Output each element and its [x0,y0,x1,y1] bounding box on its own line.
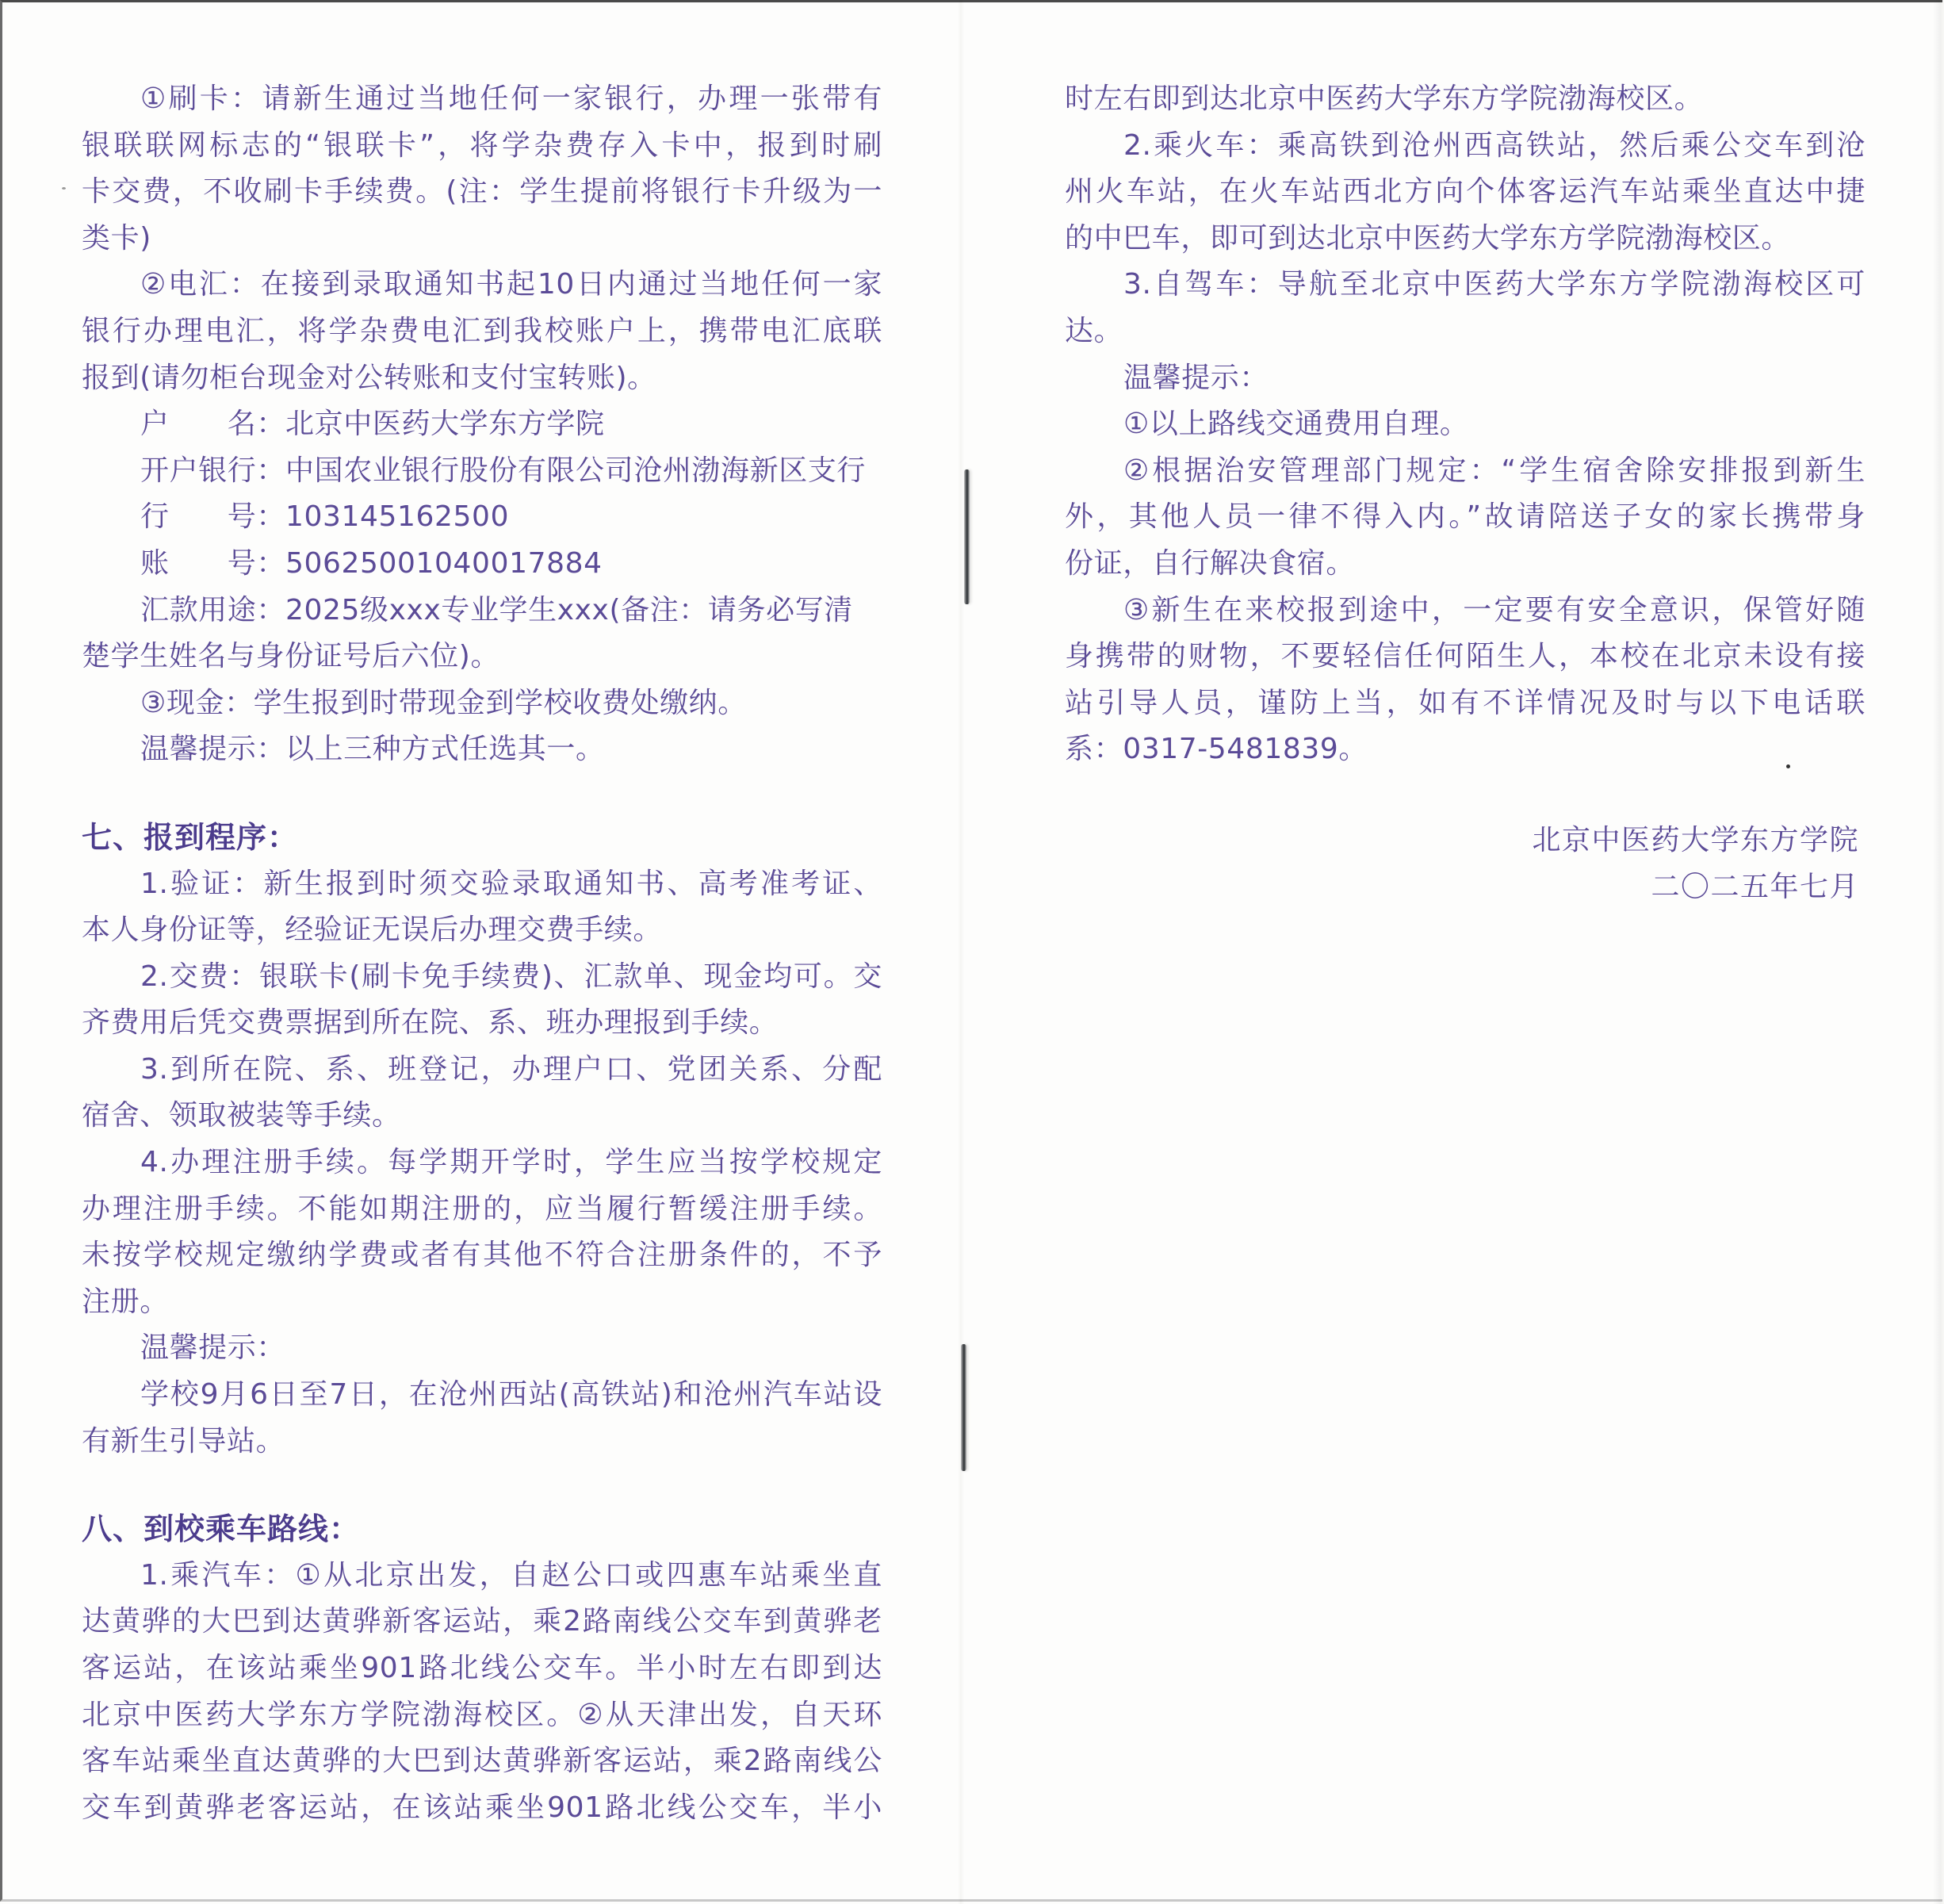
contact-phone-line: 系：0317-5481839。 [1065,726,1866,773]
text-line: 未按学校规定缴纳学费或者有其他不符合注册条件的，不予 [82,1232,882,1279]
bank-label: 开户银行： [140,448,285,495]
text-line: 银联联网标志的“银联卡”，将学杂费存入卡中，报到时刷 [82,123,882,170]
text-line: 交车到黄骅老客运站，在该站乘坐901路北线公交车，半小 [82,1785,882,1832]
center-fold [958,0,964,1904]
text-line: 3.到所在院、系、班登记，办理户口、党团关系、分配 [82,1047,882,1094]
signature-block: 北京中医药大学东方学院 二〇二五年七月 [1532,818,1859,910]
remittance-purpose-value: 2025级xxx专业学生xxx(备注：请务必写清 [285,594,853,626]
page-edge-shadow [1933,0,1944,1904]
account-number-row: 账 号：50625001040017884 [82,541,882,588]
staple-bottom [961,1344,966,1471]
remittance-purpose-label: 汇款用途： [140,588,285,634]
text-line: ①刷卡：请新生通过当地任何一家银行，办理一张带有 [82,76,882,123]
section-7-body: 1.验证：新生报到时须交验录取通知书、高考准考证、 本人身份证等，经验证无误后办… [82,861,882,1465]
scan-speck [62,187,66,190]
text-line: 身携带的财物，不要轻信任何陌生人，本校在北京未设有接 [1065,634,1866,680]
bank-value: 中国农业银行股份有限公司沧州渤海新区支行 [285,454,866,487]
text-line: 客运站，在该站乘坐901路北线公交车。半小时左右即到达 [82,1645,882,1692]
payment-wire-paragraph: ②电汇：在接到录取通知书起10日内通过当地任何一家 银行办理电汇，将学杂费电汇到… [82,262,882,401]
right-page: 时左右即到达北京中医药大学东方学院渤海校区。 2.乘火车：乘高铁到沧州西高铁站，… [1065,76,1866,773]
bank-code-value: 103145162500 [285,500,509,533]
text-line: 宿舍、领取被装等手续。 [82,1093,882,1140]
signature-date: 二〇二五年七月 [1532,864,1859,911]
text-line: 学校9月6日至7日，在沧州西站(高铁站)和沧州汽车站设 [82,1372,882,1419]
left-page: ①刷卡：请新生通过当地任何一家银行，办理一张带有 银联联网标志的“银联卡”，将学… [82,76,882,1831]
bank-row: 开户银行：中国农业银行股份有限公司沧州渤海新区支行 [82,448,882,495]
text-line: 注册。 [82,1279,882,1326]
text-line: ③新生在来校报到途中，一定要有安全意识，保管好随 [1065,588,1866,634]
account-number-value: 50625001040017884 [285,547,603,580]
text-line: 站引导人员，谨防上当，如有不详情况及时与以下电话联 [1065,680,1866,727]
bank-code-row: 行 号：103145162500 [82,494,882,541]
bank-code-label: 行 号： [140,494,285,541]
payment-tip-line: 温馨提示：以上三种方式任选其一。 [82,726,882,773]
text-line: 1.验证：新生报到时须交验录取通知书、高考准考证、 [82,861,882,908]
text-line: 办理注册手续。不能如期注册的，应当履行暂缓注册手续。 [82,1186,882,1233]
text-line: ②根据治安管理部门规定：“学生宿舍除安排报到新生 [1065,448,1866,495]
text-line: 北京中医药大学东方学院渤海校区。②从天津出发，自天环 [82,1692,882,1739]
section-8-body: 1.乘汽车：①从北京出发，自赵公口或四惠车站乘坐直 达黄骅的大巴到达黄骅新客运站… [82,1553,882,1832]
account-name-label: 户 名： [140,401,285,448]
text-line: 2.交费：银联卡(刷卡免手续费)、汇款单、现金均可。交 [82,954,882,1001]
account-number-label: 账 号： [140,541,285,588]
text-line: 2.乘火车：乘高铁到沧州西高铁站，然后乘公交车到沧 [1065,123,1866,170]
text-line: 报到(请勿柜台现金对公转账和支付宝转账)。 [82,355,882,402]
drive-route-paragraph: 3.自驾车：导航至北京中医药大学东方学院渤海校区可 达。 [1065,262,1866,354]
payment-cash-line: ③现金：学生报到时带现金到学校收费处缴纳。 [82,680,882,727]
text-line: 州火车站，在火车站西北方向个体客运汽车站乘坐直达中捷 [1065,169,1866,216]
tip-label: 温馨提示： [82,1325,882,1372]
text-line: 齐费用后凭交费票据到所在院、系、班办理报到手续。 [82,1000,882,1047]
text-line: 1.乘汽车：①从北京出发，自赵公口或四惠车站乘坐直 [82,1553,882,1599]
text-line: 达黄骅的大巴到达黄骅新客运站，乘2路南线公交车到黄骅老 [82,1599,882,1645]
text-line: 楚学生姓名与身份证号后六位)。 [82,634,882,680]
text-line: 本人身份证等，经验证无误后办理交费手续。 [82,907,882,954]
bank-account-details: 户 名：北京中医药大学东方学院 开户银行：中国农业银行股份有限公司沧州渤海新区支… [82,401,882,680]
text-line: ②电汇：在接到录取通知书起10日内通过当地任何一家 [82,262,882,308]
text-line: 外，其他人员一律不得入内。”故请陪送子女的家长携带身 [1065,494,1866,541]
train-route-paragraph: 2.乘火车：乘高铁到沧州西高铁站，然后乘公交车到沧 州火车站，在火车站西北方向个… [1065,123,1866,262]
text-line: 份证，自行解决食宿。 [1065,541,1866,588]
text-line: 达。 [1065,308,1866,355]
text-line: 3.自驾车：导航至北京中医药大学东方学院渤海校区可 [1065,262,1866,308]
section-8-heading: 八、到校乘车路线： [82,1506,882,1553]
account-name-row: 户 名：北京中医药大学东方学院 [82,401,882,448]
text-line: ①以上路线交通费用自理。 [1065,401,1866,448]
remittance-purpose-row: 汇款用途：2025级xxx专业学生xxx(备注：请务必写清 [82,588,882,634]
text-line: 的中巴车，即可到达北京中医药大学东方学院渤海校区。 [1065,216,1866,262]
section-7-heading: 七、报到程序： [82,814,882,861]
text-line: 类卡) [82,216,882,262]
signature-institution: 北京中医药大学东方学院 [1532,818,1859,864]
staple-top [964,469,970,604]
account-name-value: 北京中医药大学东方学院 [285,408,605,440]
tips-label: 温馨提示： [1065,355,1866,402]
tips-list: ①以上路线交通费用自理。 ②根据治安管理部门规定：“学生宿舍除安排报到新生 外，… [1065,401,1866,773]
text-line: 4.办理注册手续。每学期开学时，学生应当按学校规定 [82,1140,882,1186]
text-line: 时左右即到达北京中医药大学东方学院渤海校区。 [1065,76,1866,123]
payment-card-paragraph: ①刷卡：请新生通过当地任何一家银行，办理一张带有 银联联网标志的“银联卡”，将学… [82,76,882,262]
text-line: 有新生引导站。 [82,1419,882,1465]
text-line: 银行办理电汇，将学杂费电汇到我校账户上，携带电汇底联 [82,308,882,355]
text-line: 客车站乘坐直达黄骅的大巴到达黄骅新客运站，乘2路南线公 [82,1738,882,1785]
text-line: 卡交费，不收刷卡手续费。(注：学生提前将银行卡升级为一 [82,169,882,216]
